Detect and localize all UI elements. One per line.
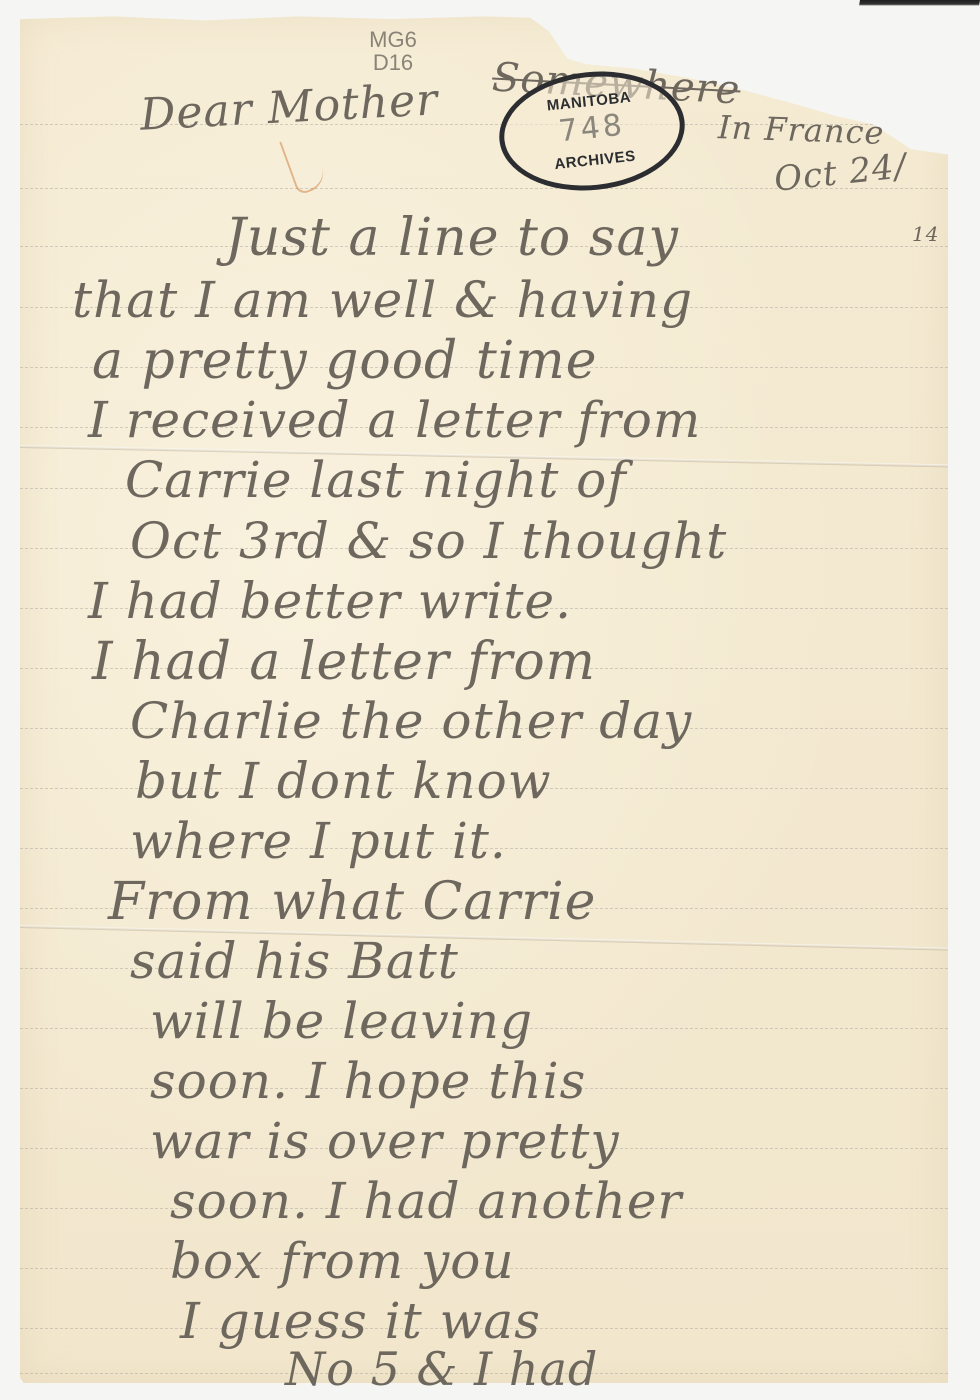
letter-line: I guess it was [180, 1296, 541, 1346]
archive-reference-line1: MG6 [358, 28, 428, 51]
rust-stain [279, 131, 329, 196]
date-year: 14 [912, 224, 939, 244]
letter-line: war is over pretty [150, 1116, 620, 1166]
letter-line: said his Batt [130, 936, 459, 986]
letter-line: No 5 & I had [285, 1346, 598, 1392]
letter-line: soon. I had another [170, 1176, 682, 1226]
scanner-edge-shadow [859, 0, 980, 6]
location: In France [717, 111, 884, 149]
archive-reference-line2: D16 [358, 51, 428, 74]
archive-reference: MG6 D16 [358, 28, 428, 74]
scanned-letter-page: MG6 D16 Dear Mother Somewhere In France … [0, 0, 980, 1400]
letter-line: but I dont know [135, 756, 552, 806]
letter-line: From what Carrie [108, 876, 596, 928]
letter-line: soon. I hope this [150, 1056, 586, 1106]
letter-line: I received a letter from [88, 395, 701, 445]
letter-line: that I am well & having [72, 275, 693, 325]
letter-line: Carrie last night of [125, 455, 627, 505]
letter-line: Charlie the other day [130, 696, 692, 746]
letter-line: Oct 3rd & so I thought [130, 516, 727, 566]
letter-line: will be leaving [150, 996, 533, 1046]
letter-line: Just a line to say [225, 212, 679, 264]
letter-line: box from you [170, 1236, 515, 1286]
letter-line: a pretty good time [92, 335, 597, 387]
letter-line: I had a letter from [92, 636, 596, 688]
letter-line: where I put it. [130, 816, 507, 866]
letter-line: I had better write. [88, 576, 572, 626]
